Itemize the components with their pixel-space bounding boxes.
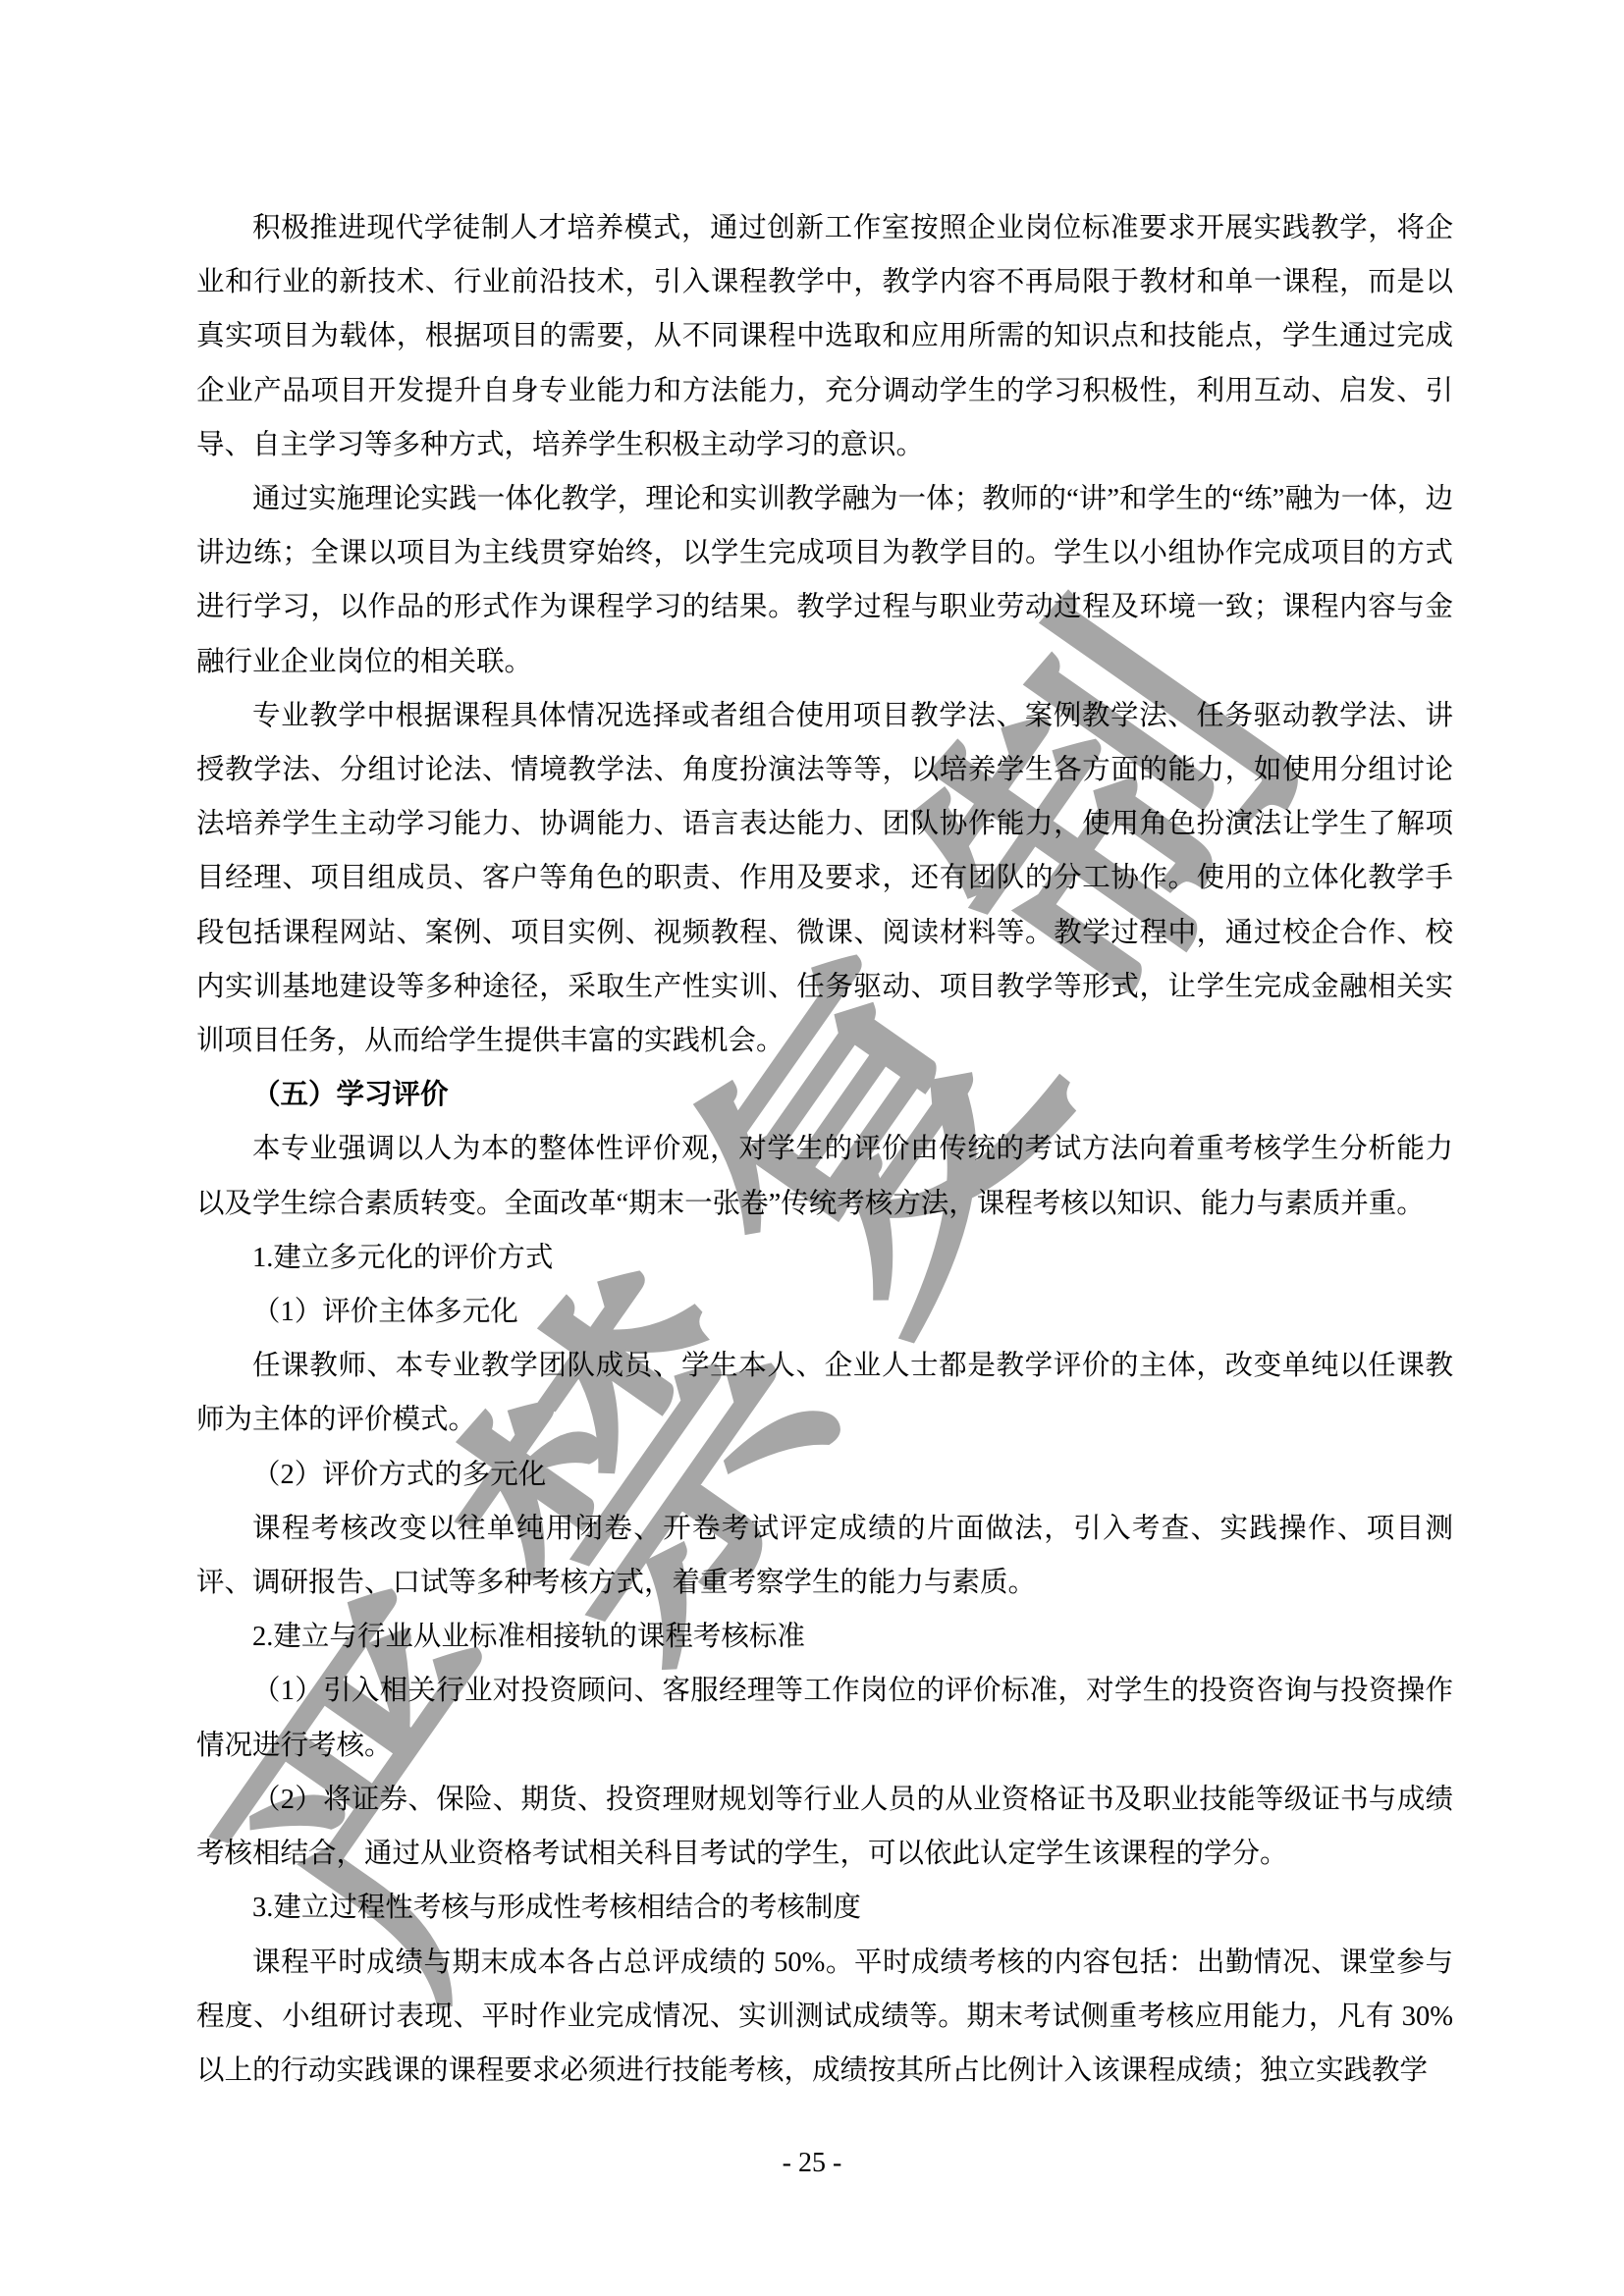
sub-item-heading: （1）评价主体多元化 bbox=[196, 1285, 1453, 1339]
body-paragraph: 课程考核改变以往单纯用闭卷、开卷考试评定成绩的片面做法，引入考查、实践操作、项目… bbox=[196, 1502, 1453, 1610]
body-paragraph: 通过实施理论实践一体化教学，理论和实训教学融为一体；教师的“讲”和学生的“练”融… bbox=[196, 472, 1453, 689]
document-page: 严禁复制 积极推进现代学徒制人才培养模式，通过创新工作室按照企业岗位标准要求开展… bbox=[0, 0, 1624, 2296]
sub-item-heading: （2）评价方式的多元化 bbox=[196, 1448, 1453, 1502]
body-paragraph: （2）将证券、保险、期货、投资理财规划等行业人员的从业资格证书及职业技能等级证书… bbox=[196, 1773, 1453, 1881]
body-paragraph: 本专业强调以人为本的整体性评价观，对学生的评价由传统的考试方法向着重考核学生分析… bbox=[196, 1122, 1453, 1230]
page-number: - 25 - bbox=[0, 2144, 1624, 2183]
body-paragraph: 专业教学中根据课程具体情况选择或者组合使用项目教学法、案例教学法、任务驱动教学法… bbox=[196, 689, 1453, 1068]
numbered-item-heading: 2.建立与行业从业标准相接轨的课程考核标准 bbox=[196, 1610, 1453, 1664]
section-heading: （五）学习评价 bbox=[196, 1068, 1453, 1122]
body-paragraph: 任课教师、本专业教学团队成员、学生本人、企业人士都是教学评价的主体，改变单纯以任… bbox=[196, 1339, 1453, 1447]
body-paragraph: （1）引入相关行业对投资顾问、客服经理等工作岗位的评价标准，对学生的投资咨询与投… bbox=[196, 1664, 1453, 1772]
page-content: 积极推进现代学徒制人才培养模式，通过创新工作室按照企业岗位标准要求开展实践教学，… bbox=[196, 201, 1453, 2098]
body-paragraph: 课程平时成绩与期末成本各占总评成绩的 50%。平时成绩考核的内容包括：出勤情况、… bbox=[196, 1936, 1453, 2099]
numbered-item-heading: 3.建立过程性考核与形成性考核相结合的考核制度 bbox=[196, 1881, 1453, 1935]
body-paragraph: 积极推进现代学徒制人才培养模式，通过创新工作室按照企业岗位标准要求开展实践教学，… bbox=[196, 201, 1453, 472]
numbered-item-heading: 1.建立多元化的评价方式 bbox=[196, 1231, 1453, 1285]
